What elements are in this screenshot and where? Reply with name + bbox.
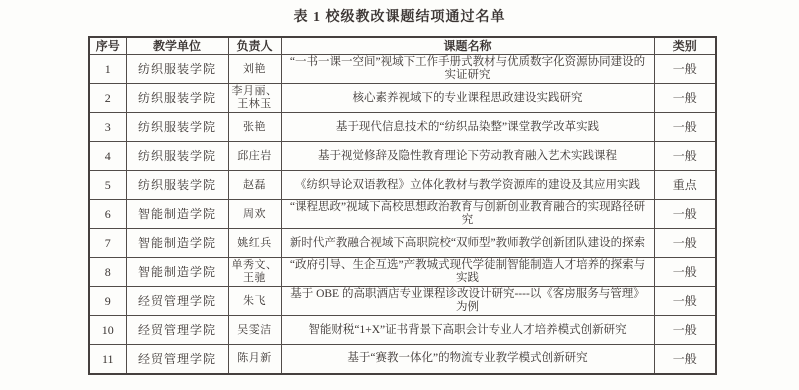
cell-title: 基于现代信息技术的“纺织品染整”课堂教学改革实践 [281,113,654,142]
table-row: 2 纺织服装学院 李月丽、王林玉 核心素养视域下的专业课程思政建设实践研究 一般 [89,84,716,113]
cell-category: 一般 [654,113,716,142]
cell-person: 李月丽、王林玉 [228,84,281,113]
cell-no: 3 [89,113,126,142]
cell-no: 5 [89,171,126,200]
cell-title: “一书一课一空间”视域下工作手册式教材与优质数字化资源协同建设的实证研究 [281,55,654,84]
cell-title: 基于视觉修辞及隐性教育理论下劳动教育融入艺术实践课程 [281,142,654,171]
cell-unit: 纺织服装学院 [126,142,228,171]
cell-category: 一般 [654,84,716,113]
cell-person: 刘艳 [228,55,281,84]
cell-category: 一般 [654,142,716,171]
header-category: 类别 [654,37,716,55]
cell-person: 邱庄岩 [228,142,281,171]
cell-person: 张艳 [228,113,281,142]
table-row: 5 纺织服装学院 赵磊 《纺织导论双语教程》立体化教材与教学资源库的建设及其应用… [89,171,716,200]
cell-person: 周欢 [228,200,281,229]
cell-unit: 经贸管理学院 [126,287,228,316]
cell-no: 11 [89,345,126,374]
cell-unit: 纺织服装学院 [126,113,228,142]
cell-title: 《纺织导论双语教程》立体化教材与教学资源库的建设及其应用实践 [281,171,654,200]
table-row: 6 智能制造学院 周欢 “课程思政”视域下高校思想政治教育与创新创业教育融合的实… [89,200,716,229]
cell-category: 一般 [654,229,716,258]
cell-unit: 智能制造学院 [126,200,228,229]
cell-category: 一般 [654,316,716,345]
table-row: 1 纺织服装学院 刘艳 “一书一课一空间”视域下工作手册式教材与优质数字化资源协… [89,55,716,84]
cell-no: 8 [89,258,126,287]
cell-no: 6 [89,200,126,229]
cell-category: 一般 [654,258,716,287]
cell-person: 赵磊 [228,171,281,200]
cell-person: 吴雯洁 [228,316,281,345]
cell-title: “课程思政”视域下高校思想政治教育与创新创业教育融合的实现路径研究 [281,200,654,229]
header-no: 序号 [89,37,126,55]
table-row: 10 经贸管理学院 吴雯洁 智能财税“1+X”证书背景下高职会计专业人才培养模式… [89,316,716,345]
cell-no: 2 [89,84,126,113]
cell-category: 重点 [654,171,716,200]
cell-no: 4 [89,142,126,171]
cell-person: 朱飞 [228,287,281,316]
cell-unit: 智能制造学院 [126,258,228,287]
scanned-document-page: 表 1 校级教改课题结项通过名单 序号 教学单位 负责人 课题名称 类别 1 纺… [0,0,799,390]
cell-category: 一般 [654,55,716,84]
cell-unit: 纺织服装学院 [126,84,228,113]
cell-person: 陈月新 [228,345,281,374]
header-person: 负责人 [228,37,281,55]
document-title: 表 1 校级教改课题结项通过名单 [0,6,799,26]
table-row: 4 纺织服装学院 邱庄岩 基于视觉修辞及隐性教育理论下劳动教育融入艺术实践课程 … [89,142,716,171]
cell-no: 9 [89,287,126,316]
cell-title: 核心素养视域下的专业课程思政建设实践研究 [281,84,654,113]
cell-unit: 纺织服装学院 [126,55,228,84]
table-row: 8 智能制造学院 单秀文、王驰 “政府引导、生企互选”产教城式现代学徒制智能制造… [89,258,716,287]
cell-unit: 智能制造学院 [126,229,228,258]
cell-title: “政府引导、生企互选”产教城式现代学徒制智能制造人才培养的探索与实践 [281,258,654,287]
cell-category: 一般 [654,287,716,316]
cell-title: 新时代产教融合视域下高职院校“双师型”教师教学创新团队建设的探索 [281,229,654,258]
cell-title: 智能财税“1+X”证书背景下高职会计专业人才培养模式创新研究 [281,316,654,345]
cell-unit: 经贸管理学院 [126,345,228,374]
cell-no: 7 [89,229,126,258]
cell-no: 10 [89,316,126,345]
cell-title: 基于 OBE 的高职酒店专业课程诊改设计研究----以《客房服务与管理》为例 [281,287,654,316]
header-title: 课题名称 [281,37,654,55]
table-row: 11 经贸管理学院 陈月新 基于“赛教一体化”的物流专业教学模式创新研究 一般 [89,345,716,374]
cell-unit: 经贸管理学院 [126,316,228,345]
table-row: 9 经贸管理学院 朱飞 基于 OBE 的高职酒店专业课程诊改设计研究----以《… [89,287,716,316]
cell-person: 单秀文、王驰 [228,258,281,287]
cell-unit: 纺织服装学院 [126,171,228,200]
table-row: 7 智能制造学院 姚红兵 新时代产教融合视域下高职院校“双师型”教师教学创新团队… [89,229,716,258]
cell-title: 基于“赛教一体化”的物流专业教学模式创新研究 [281,345,654,374]
cell-category: 一般 [654,200,716,229]
table-row: 3 纺织服装学院 张艳 基于现代信息技术的“纺织品染整”课堂教学改革实践 一般 [89,113,716,142]
cell-category: 一般 [654,345,716,374]
projects-table: 序号 教学单位 负责人 课题名称 类别 1 纺织服装学院 刘艳 “一书一课一空间… [88,36,717,375]
header-unit: 教学单位 [126,37,228,55]
cell-no: 1 [89,55,126,84]
cell-person: 姚红兵 [228,229,281,258]
table-header-row: 序号 教学单位 负责人 课题名称 类别 [89,37,716,55]
